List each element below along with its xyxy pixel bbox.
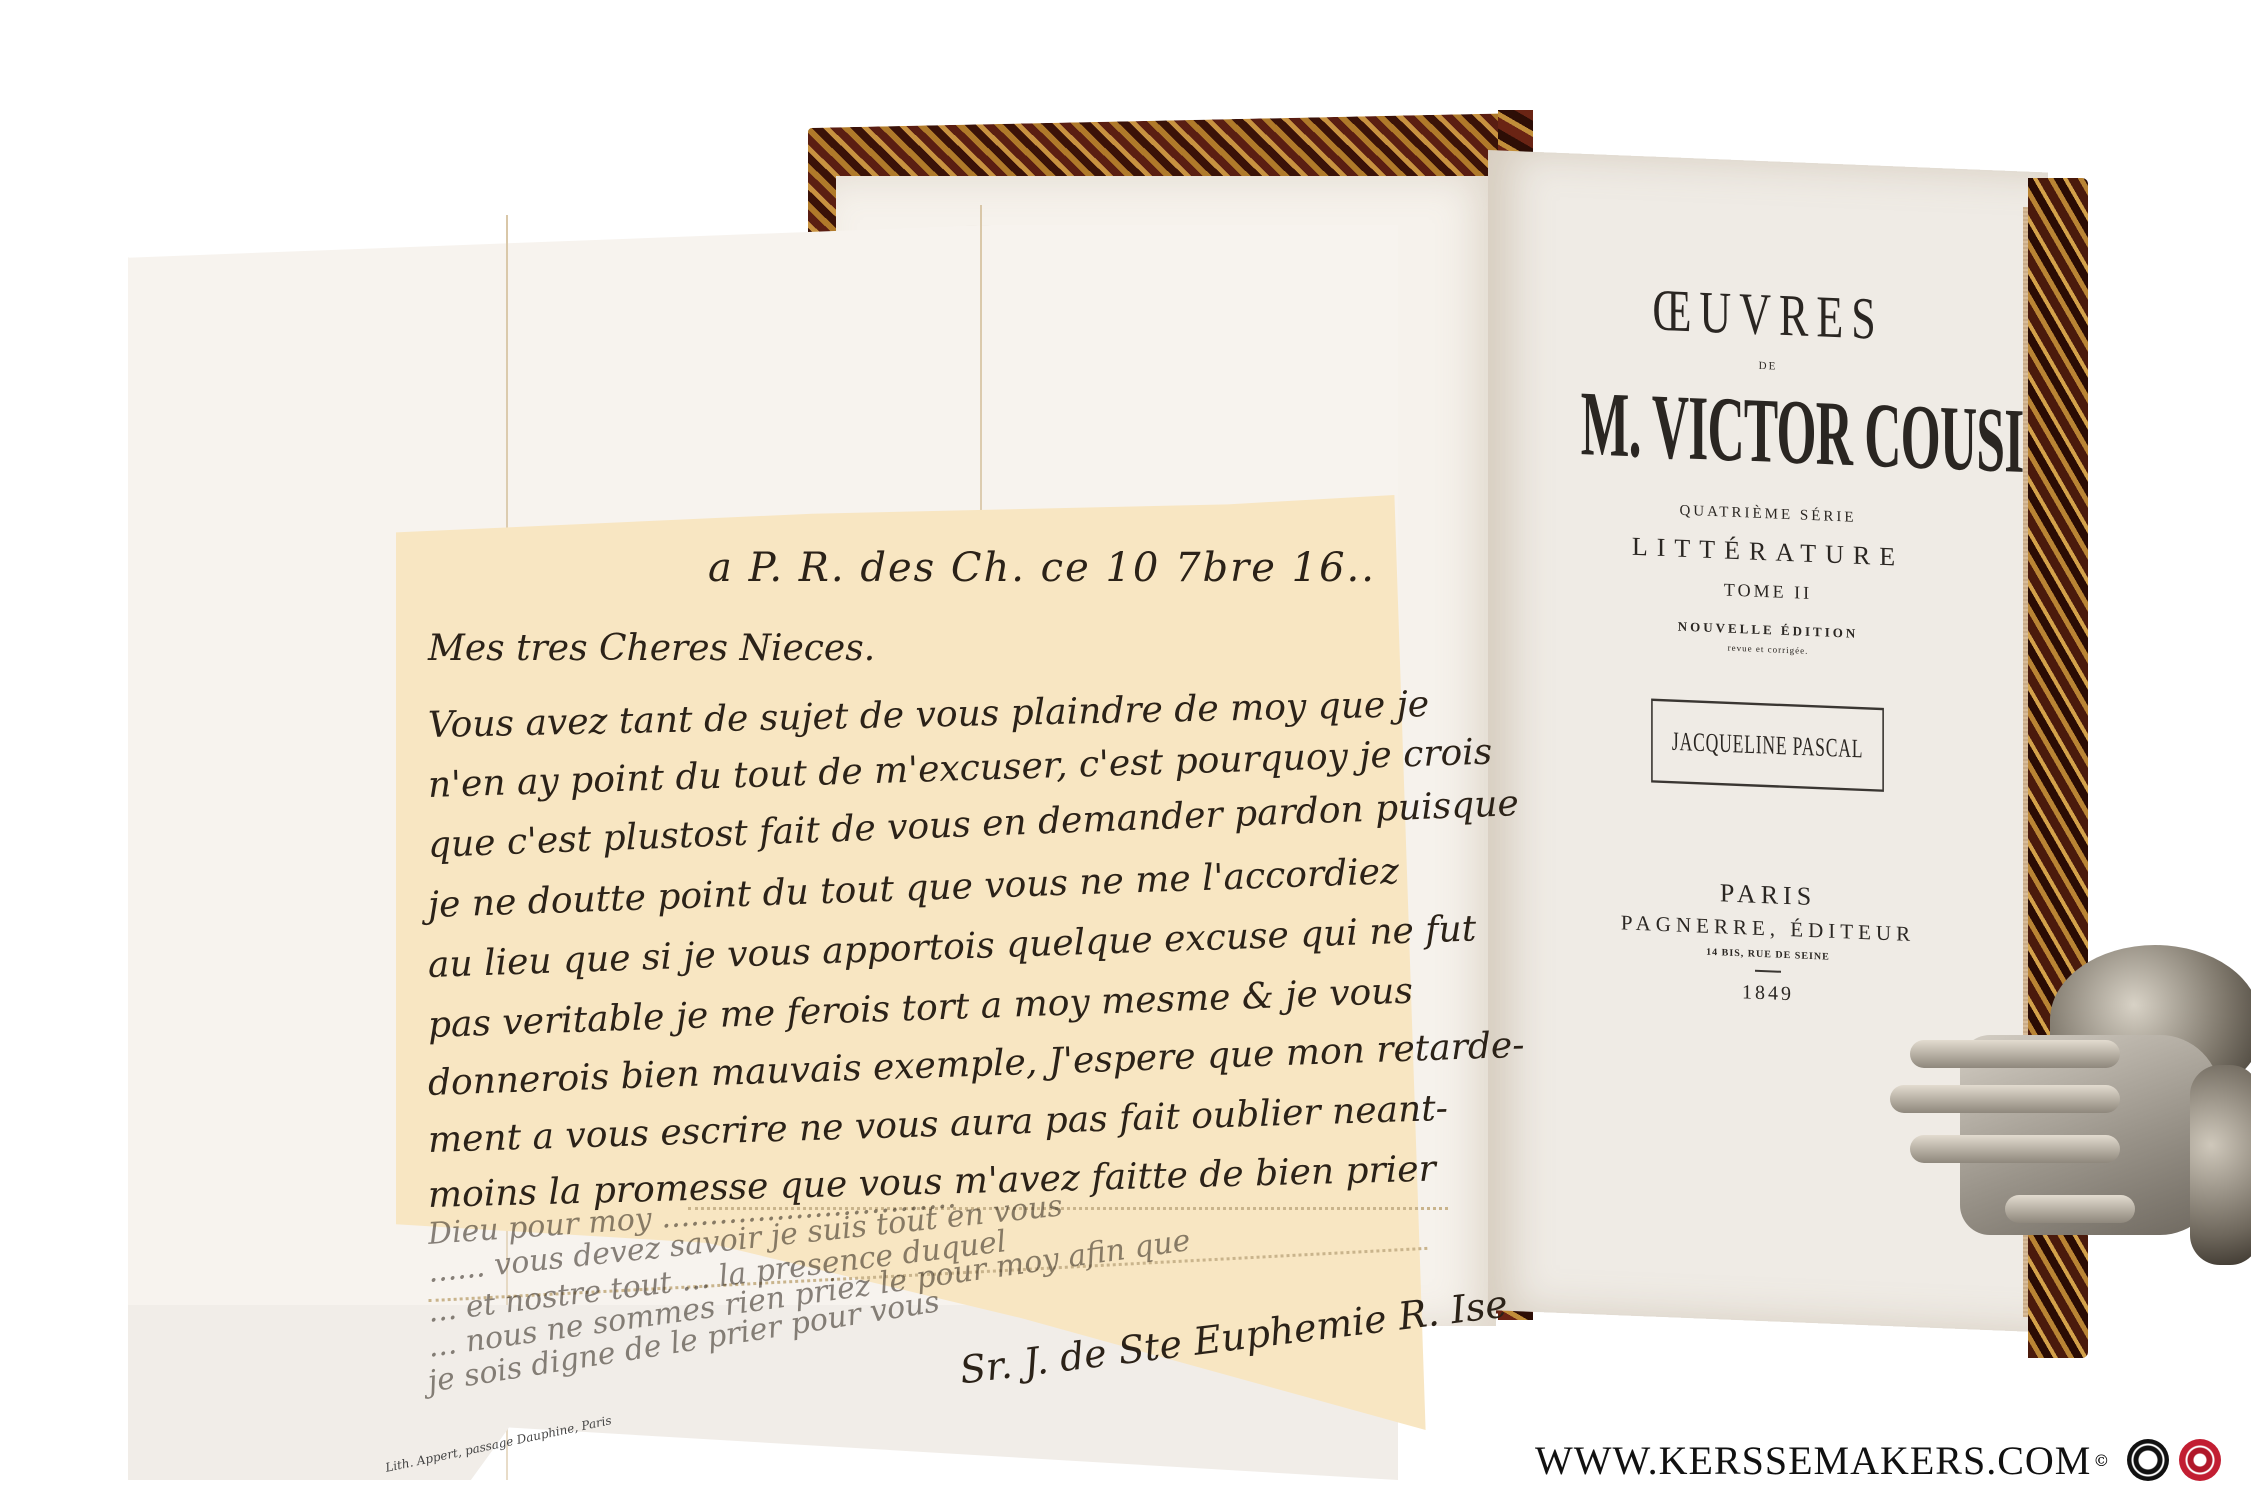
title-subject: LITTÉRATURE: [1528, 528, 2008, 577]
title-boxed-subtitle: JACQUELINE PASCAL: [1651, 699, 1884, 792]
hand-finger: [1910, 1040, 2120, 1068]
title-series: QUATRIÈME SÉRIE: [1528, 497, 2008, 533]
letter-salutation: Mes tres Cheres Nieces.: [428, 628, 875, 669]
handwritten-letter: a P. R. des Ch. ce 10 7bre 16.. Mes tres…: [128, 205, 1428, 1480]
copyright-icon: ©: [2093, 1451, 2109, 1470]
title-volume: TOME II: [1528, 572, 2008, 612]
silver-hand-bookend: [1890, 925, 2251, 1345]
ilab-badge-icon: [2179, 1439, 2221, 1481]
hand-finger: [1890, 1085, 2120, 1113]
kerssemakers-watermark: WWW.KERSSEMAKERS.COM ©: [1535, 1432, 2221, 1488]
hand-finger: [1910, 1135, 2120, 1163]
title-oeuvres: ŒUVRES: [1528, 271, 2008, 359]
title-ornament-dash: [1755, 970, 1781, 973]
letter-heading: a P. R. des Ch. ce 10 7bre 16..: [708, 545, 1376, 591]
watermark-url: WWW.KERSSEMAKERS.COM: [1535, 1437, 2091, 1484]
hand-wrist: [2190, 1065, 2251, 1265]
nvva-badge-icon: [2127, 1439, 2169, 1481]
hand-thumb: [2005, 1195, 2135, 1223]
title-author: M. VICTOR COUSIN: [1581, 372, 1955, 493]
title-page-text: ŒUVRES DE M. VICTOR COUSIN QUATRIÈME SÉR…: [1528, 192, 2008, 1015]
